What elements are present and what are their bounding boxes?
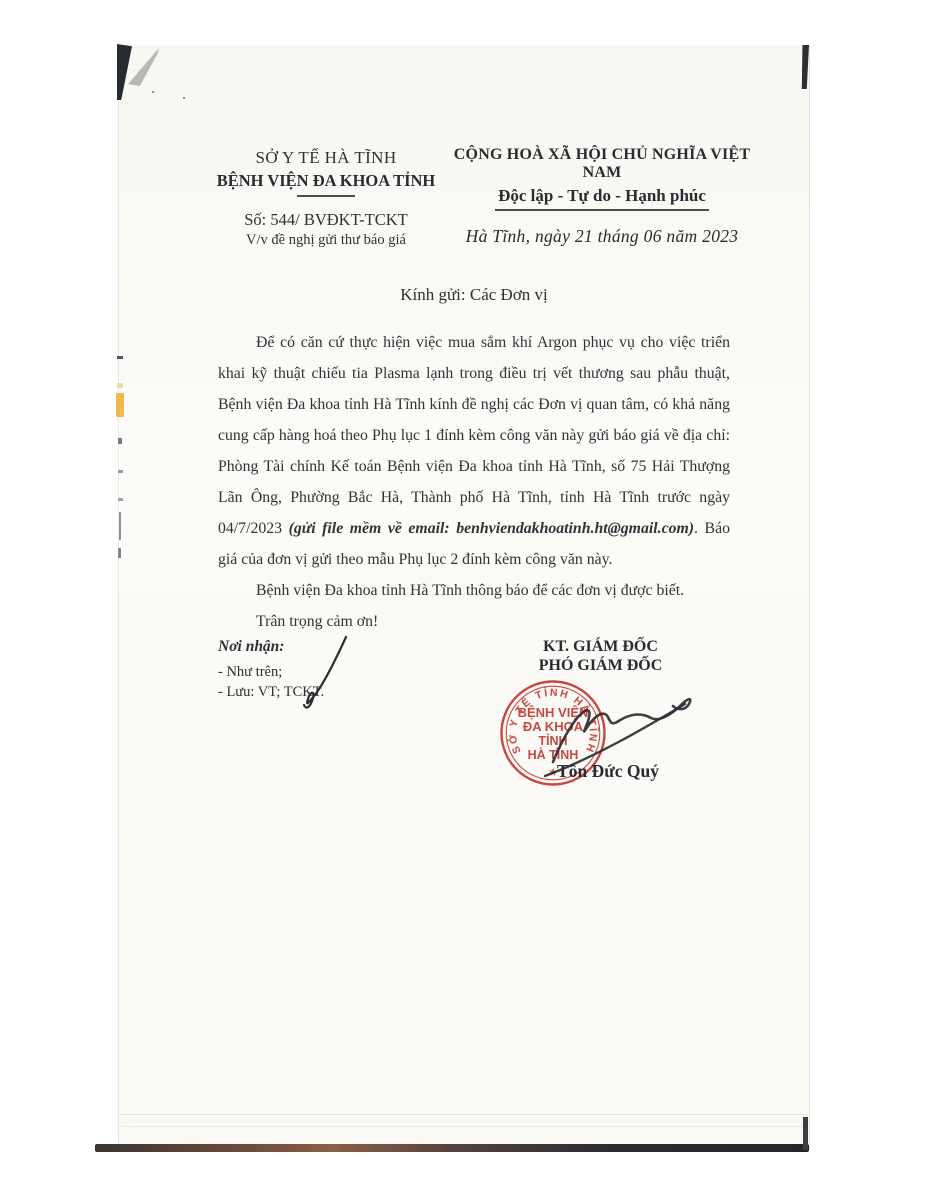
edge-mark — [117, 356, 123, 359]
body-line: Bệnh viện Đa khoa tỉnh Hà Tĩnh kính đề n… — [218, 389, 730, 420]
edge-mark — [118, 498, 123, 501]
body-line: Bệnh viện Đa khoa tỉnh Hà Tĩnh thông báo… — [218, 575, 730, 606]
issuer-underline — [297, 195, 355, 197]
signer-name: Tôn Đức Quý — [518, 761, 698, 782]
issuer-hospital: BỆNH VIỆN ĐA KHOA TỈNH — [213, 171, 439, 191]
issuer-block: SỞ Y TẾ HÀ TĨNH BỆNH VIỆN ĐA KHOA TỈNH S… — [213, 148, 439, 249]
edge-mark — [118, 438, 122, 444]
sticky-tab — [116, 393, 124, 417]
scanned-document: SỞ Y TẾ HÀ TĨNH BỆNH VIỆN ĐA KHOA TỈNH S… — [0, 0, 927, 1200]
edge-mark — [118, 548, 121, 558]
edge-mark — [119, 512, 121, 540]
body-line-date: 04/7/2023 — [218, 520, 289, 537]
edge-mark — [117, 383, 123, 388]
scan-speck — [152, 91, 154, 93]
body-line-with-email: 04/7/2023 (gửi file mềm về email: benhvi… — [218, 513, 730, 544]
doc-number: Số: 544/ BVĐKT-TCKT — [213, 210, 439, 230]
scan-artifact-bottom-right-corner — [803, 1117, 808, 1150]
email-note: (gửi file mềm về email: benhviendakhoati… — [289, 520, 694, 537]
edge-mark — [118, 470, 123, 473]
body-line: Lãn Ông, Phường Bắc Hà, Thành phố Hà Tĩn… — [218, 482, 730, 513]
scan-speck — [183, 97, 185, 99]
scanned-letter-page: SỞ Y TẾ HÀ TĨNH BỆNH VIỆN ĐA KHOA TỈNH S… — [118, 45, 810, 1150]
national-title: CỘNG HOÀ XÃ HỘI CHỦ NGHĨA VIỆT NAM — [440, 146, 764, 182]
body-line: Để có căn cứ thực hiện việc mua sắm khí … — [218, 327, 730, 358]
doc-subject: V/v đề nghị gửi thư báo giá — [213, 232, 439, 249]
scan-artifact-bottom-band — [95, 1144, 809, 1152]
scan-artifact-sheet-edge-line — [121, 1126, 807, 1127]
body-line: Phòng Tài chính Kế toán Bệnh viện Đa kho… — [218, 451, 730, 482]
body-line: cung cấp hàng hoá theo Phụ lục 1 đính kè… — [218, 420, 730, 451]
body-line-tail: . Báo — [694, 520, 730, 537]
dateline: Hà Tĩnh, ngày 21 tháng 06 năm 2023 — [440, 226, 764, 247]
issuer-department: SỞ Y TẾ HÀ TĨNH — [213, 148, 439, 168]
initials-pen-mark — [283, 633, 363, 725]
body-line: giá của đơn vị gửi theo mẫu Phụ lục 2 đí… — [218, 544, 730, 575]
national-header-block: CỘNG HOÀ XÃ HỘI CHỦ NGHĨA VIỆT NAM Độc l… — [440, 146, 764, 247]
national-motto: Độc lập - Tự do - Hạnh phúc — [495, 186, 709, 211]
scan-artifact-sheet-edge-line — [120, 1114, 808, 1115]
body-line: khai kỹ thuật chiếu tia Plasma lạnh tron… — [218, 358, 730, 389]
salutation: Kính gửi: Các Đơn vị — [218, 285, 730, 305]
letter-body: Để có căn cứ thực hiện việc mua sắm khí … — [218, 327, 730, 637]
